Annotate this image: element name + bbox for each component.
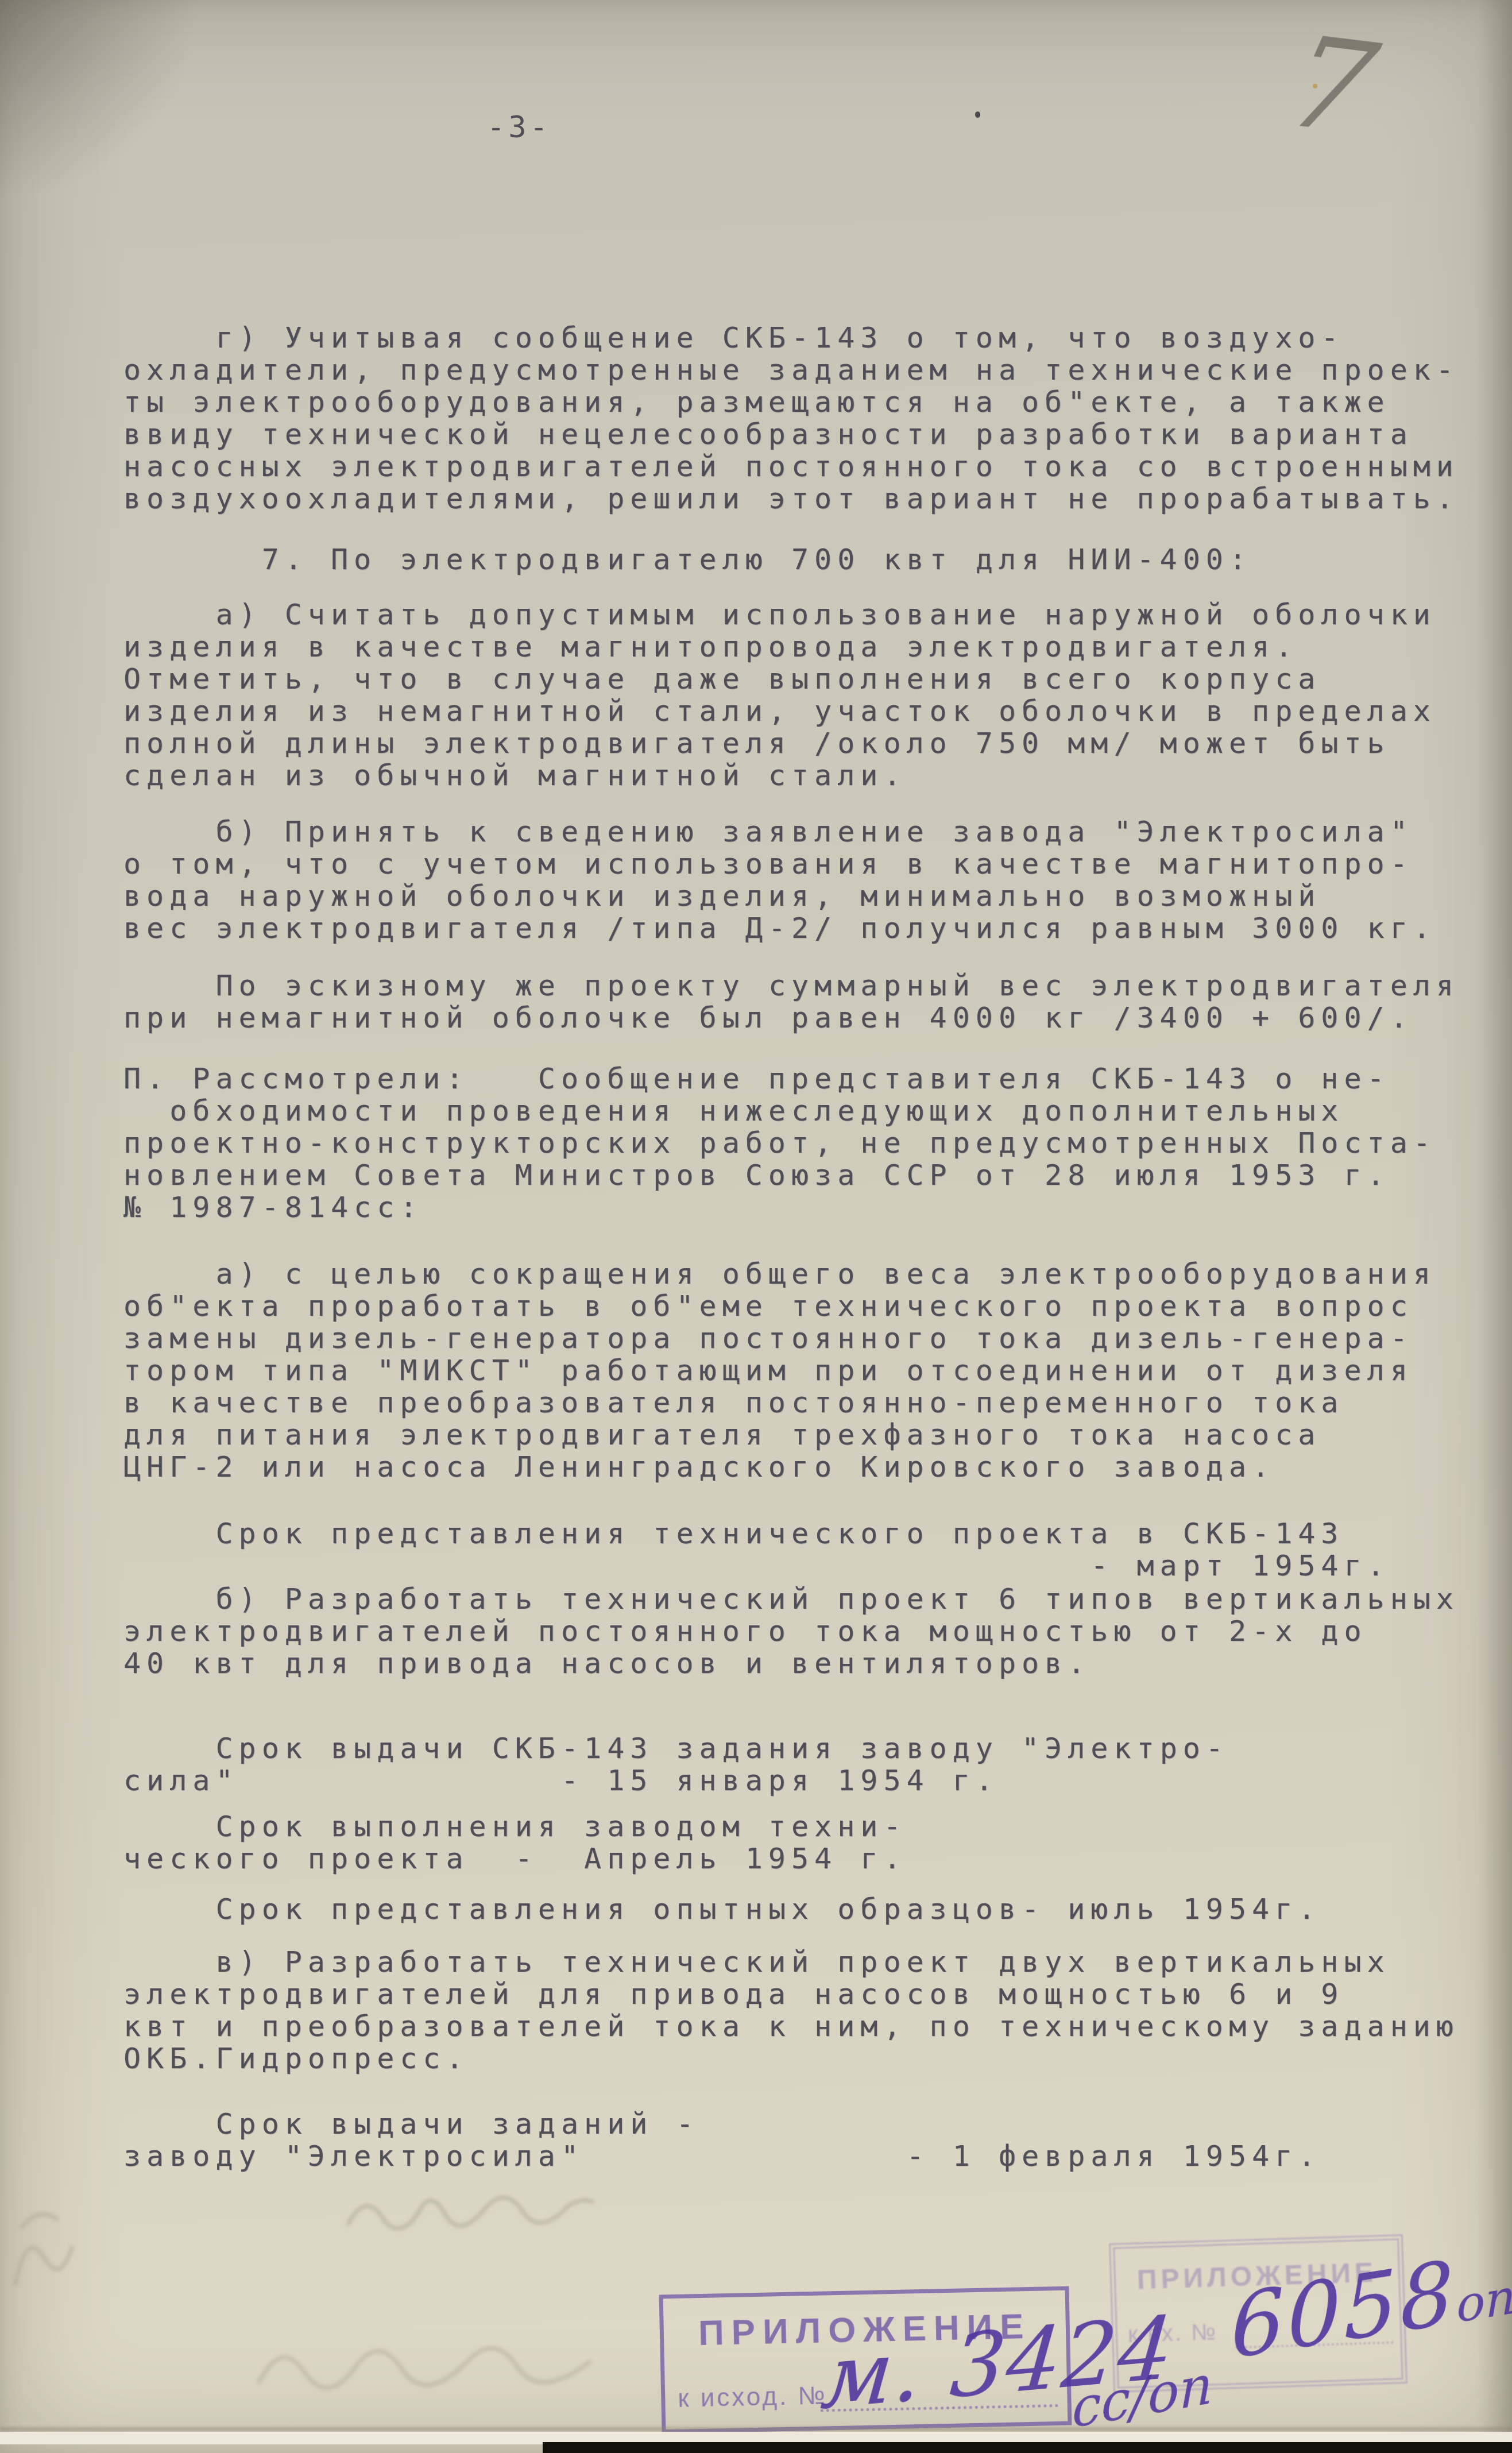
paragraph-g-aircoolers: г) Учитывая сообщение СКБ-143 о том, что… <box>123 322 1512 515</box>
paragraph-2a-mikst: а) с целью сокращения общего веса электр… <box>123 1258 1512 1483</box>
deadline-task-january: Срок выдачи СКБ-143 задания заводу "Элек… <box>123 1732 1512 1797</box>
deadline-tech-project-march: Срок представления технического проекта … <box>123 1517 1512 1582</box>
scan-corner-shadow <box>0 0 207 207</box>
pencil-scribble-2 <box>247 2315 614 2412</box>
heading-section-2-reviewed: П. Рассмотрели: Сообщение представителя … <box>123 1063 1512 1223</box>
paragraph-7b-electrosila: б) Принять к сведению заявление завода "… <box>123 816 1512 944</box>
paragraph-2v-two-vertical: в) Разработать технический проект двух в… <box>123 1946 1512 2075</box>
scanner-black-bar <box>543 2442 1512 2453</box>
deadline-prototypes-july: Срок представления опытных образцов- июл… <box>123 1893 1512 1925</box>
paper-bottom-edge <box>0 2427 1512 2431</box>
paragraph-7a-casing: а) Считать допустимым использование нару… <box>123 598 1512 791</box>
heading-item-7-motor-700kw: 7. По электродвигателю 700 квт для НИИ-4… <box>123 543 1512 575</box>
paragraph-weight-note: По эскизному же проекту суммарный вес эл… <box>123 969 1512 1034</box>
incoming-number-suffix: оп <box>1456 2267 1512 2334</box>
stamp-outgoing-subtitle: к исход. № <box>678 2381 827 2413</box>
deadline-factory-april: Срок выполнения заводом техни- ческого п… <box>123 1810 1512 1875</box>
handwritten-page-mark: 7 <box>1278 20 1387 153</box>
paragraph-2b-six-types: б) Разработать технический проект 6 типо… <box>123 1583 1512 1679</box>
pencil-scribble-3 <box>3 2194 90 2309</box>
scanned-document-page: 7 -3- г) Учитывая сообщение СКБ-143 о то… <box>0 0 1512 2453</box>
deadline-tasks-february: Срок выдачи заданий - заводу "Электросил… <box>123 2108 1512 2172</box>
paper-speck <box>1313 84 1317 88</box>
page-number: -3- <box>487 110 551 145</box>
ink-dot <box>975 111 980 118</box>
pencil-scribble-1 <box>339 2171 603 2257</box>
